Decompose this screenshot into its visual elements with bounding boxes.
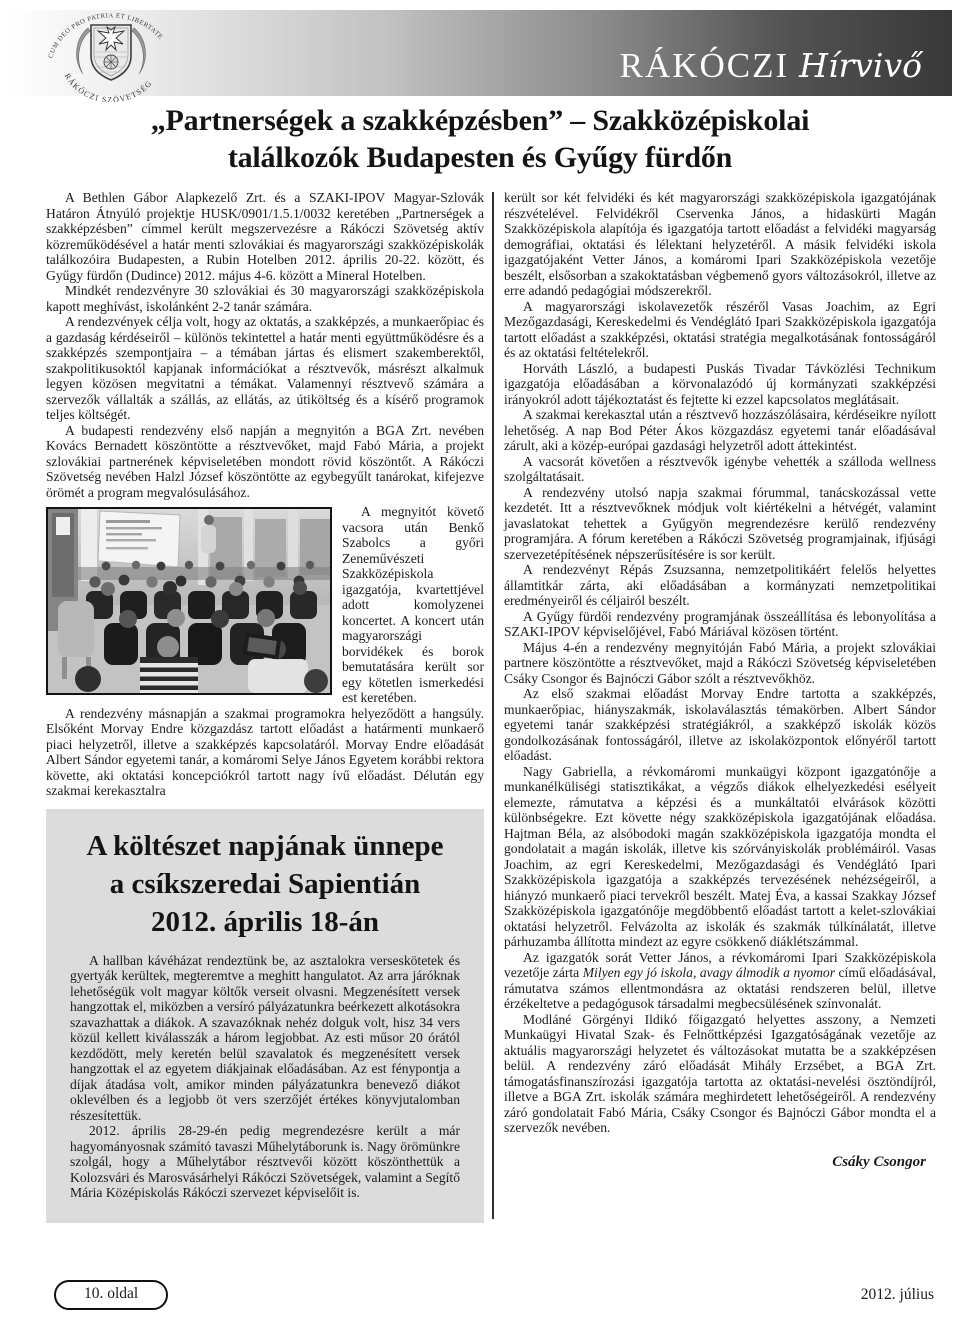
article1-paragraph: A Gyűgy fürdői rendezvény programjának ö… — [504, 609, 936, 640]
article1-paragraph: Nagy Gabriella, a révkomáromi munkaügyi … — [504, 764, 936, 950]
article2-paragraph: A hallban kávéházat rendeztünk be, az as… — [70, 953, 460, 1124]
article1-paragraph: A vacsorát követően a résztvevők igénybe… — [504, 454, 936, 485]
article1-paragraph: A Bethlen Gábor Alapkezelő Zrt. és a SZA… — [46, 190, 484, 283]
article1-paragraph: került sor két felvidéki és két magyaror… — [504, 190, 936, 299]
article1-paragraph: A szakmai kerekasztal után a résztvevő h… — [504, 407, 936, 454]
masthead-subtitle: Hírvivő — [799, 46, 922, 85]
article2-box: A költészet napjának ünnepe a csíkszered… — [46, 809, 484, 1223]
article1-paragraph: Május 4-én a rendezvény megnyitóján Fabó… — [504, 640, 936, 687]
issue-date: 2012. július — [861, 1286, 934, 1304]
article1-paragraph: A rendezvények célja volt, hogy az oktat… — [46, 314, 484, 423]
photo-presenter-head — [204, 515, 214, 525]
article1-paragraph: Mindkét rendezvényre 30 szlovákiai és 30… — [46, 283, 484, 314]
article2-headline-line3: 2012. április 18-án — [70, 903, 460, 941]
article1-headline-line2: találkozók Budapesten és Gyűgy fürdőn — [0, 139, 960, 176]
article1-paragraph: Horváth László, a budapesti Puskás Tivad… — [504, 361, 936, 408]
article1-headline: „Partnerségek a szakképzésben” – Szakköz… — [0, 102, 960, 176]
article1-headline-line1: „Partnerségek a szakképzésben” – Szakköz… — [0, 102, 960, 139]
article1-paragraph: A magyarországi iskolavezetők részéről V… — [504, 299, 936, 361]
masthead: RÁKÓCZIHírvivő — [620, 46, 922, 86]
conference-audience-photo — [46, 507, 332, 695]
article2-headline-line1: A költészet napjának ünnepe — [70, 827, 460, 865]
article1-paragraph: A rendezvényt Répás Zsuzsanna, nemzetpol… — [504, 562, 936, 609]
article2-headline: A költészet napjának ünnepe a csíkszered… — [70, 827, 460, 941]
author-signature: Csáky Csongor — [504, 1154, 936, 1171]
page-number-badge: 10. oldal — [54, 1280, 168, 1310]
photo-text-wrap: A megnyitót követő vacsora után Benkő Sz… — [46, 504, 484, 799]
article1-paragraph-with-italic-title: Az igazgatók sorát Vetter János, a révko… — [504, 950, 936, 1012]
two-column-layout: A Bethlen Gábor Alapkezelő Zrt. és a SZA… — [46, 190, 936, 1223]
article2-paragraph: 2012. április 28-29-én pedig megrendezés… — [70, 1123, 460, 1201]
crest-mantling-right — [132, 28, 145, 74]
photo-empty-chair — [58, 601, 94, 657]
crest-mantling-left — [77, 28, 90, 74]
article2-headline-line2: a csíkszeredai Sapientián — [70, 865, 460, 903]
article1-paragraph: A rendezvény utolsó napja szakmai fórumm… — [504, 485, 936, 563]
column-divider-rule — [492, 192, 494, 1219]
lecture-title-italic: Milyen egy jó iskola, avagy álmodik a ny… — [583, 965, 835, 980]
article1-paragraph: Modláné Görgényi Ildikó főigazgató helye… — [504, 1012, 936, 1136]
article1-paragraph: Az első szakmai előadást Morvay Endre ta… — [504, 686, 936, 764]
rakoczi-szovetseg-crest-logo: CUM DEO PRO PATRIA ET LIBERTATE RÁKÓCZI … — [36, 0, 186, 102]
masthead-title: RÁKÓCZI — [620, 46, 790, 85]
article1-paragraph: A budapesti rendezvény első napján a meg… — [46, 423, 484, 501]
article1-paragraph: A rendezvény másnapján a szakmai program… — [46, 706, 484, 799]
newsletter-page: RÁKÓCZIHírvivő CUM DEO PRO PATRIA ET LIB… — [0, 0, 960, 1320]
right-column: került sor két felvidéki és két magyaror… — [504, 190, 936, 1223]
photo-foreground-head — [75, 666, 101, 692]
crest-rosette-spokes — [104, 55, 118, 69]
left-column: A Bethlen Gábor Alapkezelő Zrt. és a SZA… — [46, 190, 484, 1223]
